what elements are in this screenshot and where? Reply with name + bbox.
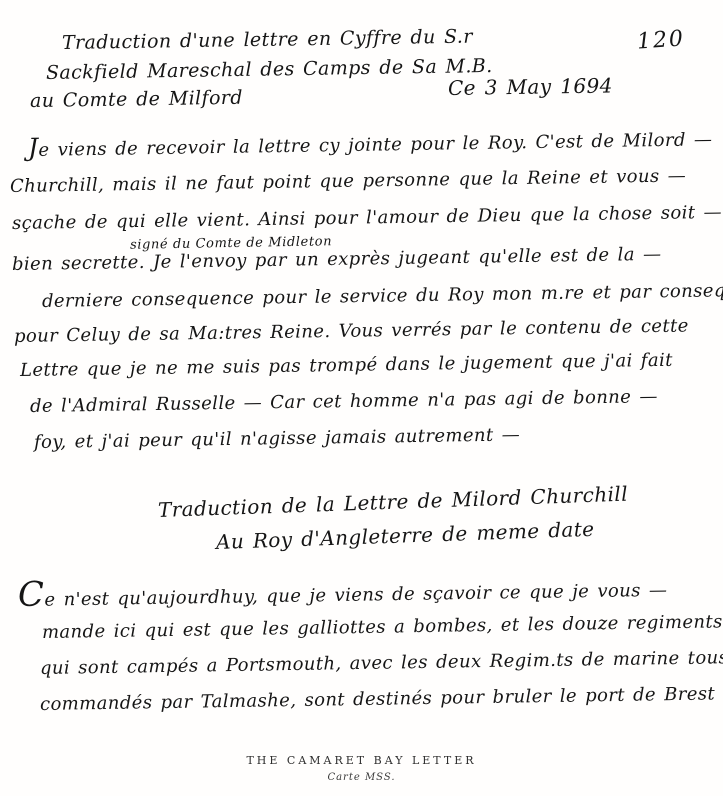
letter2-body-line2: mande ici qui est que les galliottes a b… (42, 611, 723, 643)
letter1-date: Ce 3 May 1694 (448, 73, 613, 100)
manuscript-page: 120 Traduction d'une lettre en Cyffre du… (0, 0, 723, 796)
page-number: 120 (636, 26, 686, 54)
letter1-body-line3: sçache de qui elle vient. Ainsi pour l'a… (12, 202, 722, 234)
letter1-body-line5: derniere consequence pour le service du … (42, 280, 723, 312)
letter1-body-line2: Churchill, mais il ne faut point que per… (10, 165, 686, 197)
letter1-body-line1: Je viens de recevoir la lettre cy jointe… (28, 128, 713, 161)
letter1-body-line6: pour Celuy de sa Ma:tres Reine. Vous ver… (14, 315, 689, 347)
letter2-body-line1: Ce n'est qu'aujourdhuy, que je viens de … (18, 576, 668, 611)
letter1-heading-line3: au Comte de Milford (30, 87, 243, 112)
letter2-heading-line2: Au Roy d'Angleterre de meme date (216, 517, 595, 554)
letter2-body-line3: qui sont campés a Portsmouth, avec les d… (40, 647, 723, 679)
letter2-body-line4: commandés par Talmashe, sont destinés po… (40, 683, 715, 715)
letter1-heading-line1: Traduction d'une lettre en Cyffre du S.r (62, 26, 473, 54)
caption-source: Carte MSS. (0, 772, 723, 783)
letter1-body-line9: foy, et j'ai peur qu'il n'agisse jamais … (34, 424, 520, 453)
letter2-heading-line1: Traduction de la Lettre de Milord Church… (158, 482, 629, 522)
letter1-body-line7: Lettre que je ne me suis pas trompé dans… (20, 350, 673, 381)
caption-title: THE CAMARET BAY LETTER (0, 754, 723, 767)
letter1-body-line4: bien secrette. Je l'envoy par un exprès … (12, 244, 662, 275)
letter1-body-line8: de l'Admiral Russelle — Car cet homme n'… (30, 386, 658, 417)
letter1-heading-line2: Sackfield Mareschal des Camps de Sa M.B. (46, 55, 493, 84)
